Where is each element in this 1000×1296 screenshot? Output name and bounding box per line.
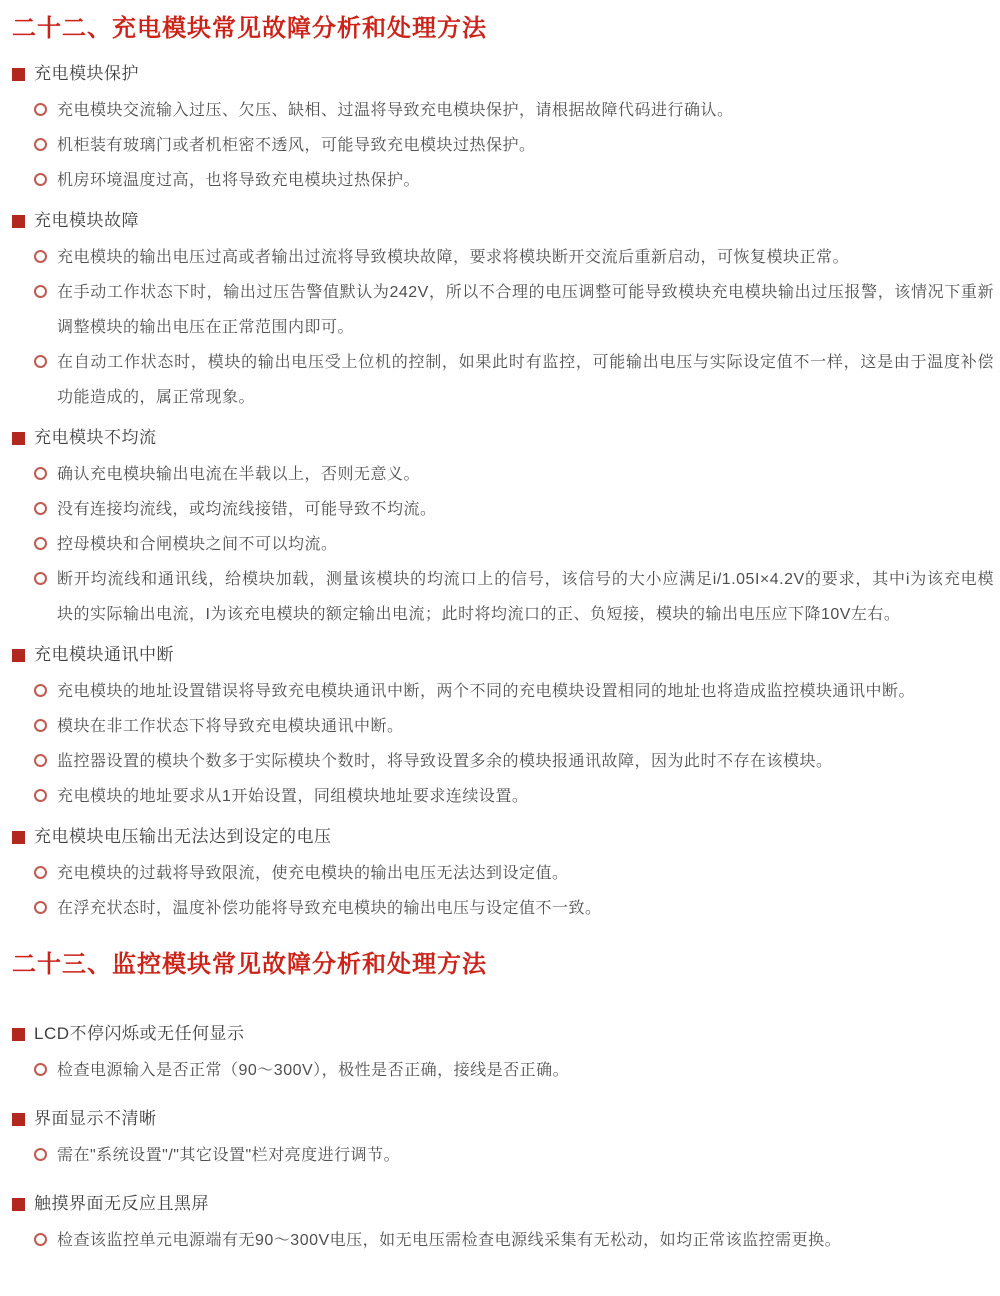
topic-block: 界面显示不清晰需在"系统设置"/"其它设置"栏对亮度进行调节。: [12, 1108, 994, 1173]
bullet-text: 模块在非工作状态下将导致充电模块通讯中断。: [57, 709, 994, 744]
circle-bullet-icon: [34, 502, 47, 515]
bullet-text: 在浮充状态时，温度补偿功能将导致充电模块的输出电压与设定值不一致。: [57, 891, 994, 926]
circle-bullet-icon: [34, 173, 47, 186]
bullet-text: 控母模块和合闸模块之间不可以均流。: [57, 527, 994, 562]
bullet-item: 充电模块交流输入过压、欠压、缺相、过温将导致充电模块保护，请根据故障代码进行确认…: [12, 93, 994, 128]
bullet-text: 确认充电模块输出电流在半载以上，否则无意义。: [57, 457, 994, 492]
bullet-text: 充电模块的过载将导致限流，使充电模块的输出电压无法达到设定值。: [57, 856, 994, 891]
bullet-list: 检查电源输入是否正常（90～300V），极性是否正确，接线是否正确。: [12, 1053, 994, 1088]
bullet-item: 模块在非工作状态下将导致充电模块通讯中断。: [12, 709, 994, 744]
bullet-item: 充电模块的地址要求从1开始设置，同组模块地址要求连续设置。: [12, 779, 994, 814]
bullet-item: 在手动工作状态下时，输出过压告警值默认为242V，所以不合理的电压调整可能导致模…: [12, 275, 994, 345]
square-bullet-icon: [12, 649, 25, 662]
circle-bullet-icon: [34, 719, 47, 732]
circle-bullet-icon: [34, 103, 47, 116]
bullet-text: 需在"系统设置"/"其它设置"栏对亮度进行调节。: [57, 1138, 994, 1173]
bullet-list: 充电模块的输出电压过高或者输出过流将导致模块故障，要求将模块断开交流后重新启动，…: [12, 240, 994, 415]
topic-header: 充电模块电压输出无法达到设定的电压: [12, 826, 994, 848]
circle-bullet-icon: [34, 355, 47, 368]
bullet-text: 充电模块的地址要求从1开始设置，同组模块地址要求连续设置。: [57, 779, 994, 814]
bullet-text: 充电模块的输出电压过高或者输出过流将导致模块故障，要求将模块断开交流后重新启动，…: [57, 240, 994, 275]
circle-bullet-icon: [34, 1233, 47, 1246]
document-page: 二十二、充电模块常见故障分析和处理方法充电模块保护充电模块交流输入过压、欠压、缺…: [0, 0, 1000, 1296]
topic-title: 界面显示不清晰: [34, 1108, 157, 1130]
bullet-item: 控母模块和合闸模块之间不可以均流。: [12, 527, 994, 562]
bullet-item: 机房环境温度过高，也将导致充电模块过热保护。: [12, 163, 994, 198]
bullet-item: 检查该监控单元电源端有无90～300V电压，如无电压需检查电源线采集有无松动，如…: [12, 1223, 994, 1258]
bullet-list: 充电模块交流输入过压、欠压、缺相、过温将导致充电模块保护，请根据故障代码进行确认…: [12, 93, 994, 198]
square-bullet-icon: [12, 432, 25, 445]
topic-block: 充电模块不均流确认充电模块输出电流在半载以上，否则无意义。没有连接均流线，或均流…: [12, 427, 994, 632]
topic-title: 充电模块通讯中断: [34, 644, 174, 666]
bullet-item: 检查电源输入是否正常（90～300V），极性是否正确，接线是否正确。: [12, 1053, 994, 1088]
square-bullet-icon: [12, 215, 25, 228]
bullet-text: 充电模块的地址设置错误将导致充电模块通讯中断，两个不同的充电模块设置相同的地址也…: [57, 674, 994, 709]
circle-bullet-icon: [34, 250, 47, 263]
bullet-text: 机柜装有玻璃门或者机柜密不透风，可能导致充电模块过热保护。: [57, 128, 994, 163]
bullet-item: 没有连接均流线，或均流线接错，可能导致不均流。: [12, 492, 994, 527]
topic-header: 充电模块保护: [12, 63, 994, 85]
bullet-item: 机柜装有玻璃门或者机柜密不透风，可能导致充电模块过热保护。: [12, 128, 994, 163]
topic-block: 触摸界面无反应且黑屏检查该监控单元电源端有无90～300V电压，如无电压需检查电…: [12, 1193, 994, 1258]
bullet-list: 需在"系统设置"/"其它设置"栏对亮度进行调节。: [12, 1138, 994, 1173]
bullet-list: 充电模块的地址设置错误将导致充电模块通讯中断，两个不同的充电模块设置相同的地址也…: [12, 674, 994, 814]
bullet-item: 充电模块的过载将导致限流，使充电模块的输出电压无法达到设定值。: [12, 856, 994, 891]
circle-bullet-icon: [34, 572, 47, 585]
circle-bullet-icon: [34, 866, 47, 879]
circle-bullet-icon: [34, 754, 47, 767]
circle-bullet-icon: [34, 901, 47, 914]
topic-header: 界面显示不清晰: [12, 1108, 994, 1130]
bullet-text: 没有连接均流线，或均流线接错，可能导致不均流。: [57, 492, 994, 527]
bullet-list: 确认充电模块输出电流在半载以上，否则无意义。没有连接均流线，或均流线接错，可能导…: [12, 457, 994, 632]
topic-header: 充电模块通讯中断: [12, 644, 994, 666]
bullet-text: 断开均流线和通讯线，给模块加载，测量该模块的均流口上的信号，该信号的大小应满足i…: [57, 562, 994, 632]
section-heading: 二十二、充电模块常见故障分析和处理方法: [12, 14, 994, 44]
bullet-item: 在自动工作状态时，模块的输出电压受上位机的控制，如果此时有监控，可能输出电压与实…: [12, 345, 994, 415]
circle-bullet-icon: [34, 684, 47, 697]
bullet-list: 充电模块的过载将导致限流，使充电模块的输出电压无法达到设定值。在浮充状态时，温度…: [12, 856, 994, 926]
topic-title: 触摸界面无反应且黑屏: [34, 1193, 209, 1215]
topic-header: 触摸界面无反应且黑屏: [12, 1193, 994, 1215]
bullet-text: 机房环境温度过高，也将导致充电模块过热保护。: [57, 163, 994, 198]
bullet-text: 在自动工作状态时，模块的输出电压受上位机的控制，如果此时有监控，可能输出电压与实…: [57, 345, 994, 415]
topic-block: 充电模块保护充电模块交流输入过压、欠压、缺相、过温将导致充电模块保护，请根据故障…: [12, 63, 994, 198]
topic-title: 充电模块保护: [34, 63, 139, 85]
circle-bullet-icon: [34, 789, 47, 802]
topic-header: 充电模块故障: [12, 210, 994, 232]
square-bullet-icon: [12, 831, 25, 844]
circle-bullet-icon: [34, 138, 47, 151]
topic-block: LCD不停闪烁或无任何显示检查电源输入是否正常（90～300V），极性是否正确，…: [12, 1023, 994, 1088]
circle-bullet-icon: [34, 1063, 47, 1076]
topic-block: 充电模块故障充电模块的输出电压过高或者输出过流将导致模块故障，要求将模块断开交流…: [12, 210, 994, 415]
bullet-text: 检查该监控单元电源端有无90～300V电压，如无电压需检查电源线采集有无松动，如…: [57, 1223, 994, 1258]
topic-block: 充电模块电压输出无法达到设定的电压充电模块的过载将导致限流，使充电模块的输出电压…: [12, 826, 994, 926]
circle-bullet-icon: [34, 285, 47, 298]
square-bullet-icon: [12, 1113, 25, 1126]
bullet-item: 需在"系统设置"/"其它设置"栏对亮度进行调节。: [12, 1138, 994, 1173]
bullet-text: 充电模块交流输入过压、欠压、缺相、过温将导致充电模块保护，请根据故障代码进行确认…: [57, 93, 994, 128]
bullet-list: 检查该监控单元电源端有无90～300V电压，如无电压需检查电源线采集有无松动，如…: [12, 1223, 994, 1258]
bullet-item: 充电模块的输出电压过高或者输出过流将导致模块故障，要求将模块断开交流后重新启动，…: [12, 240, 994, 275]
topic-title: 充电模块不均流: [34, 427, 157, 449]
bullet-item: 在浮充状态时，温度补偿功能将导致充电模块的输出电压与设定值不一致。: [12, 891, 994, 926]
topic-title: LCD不停闪烁或无任何显示: [34, 1023, 245, 1045]
topic-header: 充电模块不均流: [12, 427, 994, 449]
square-bullet-icon: [12, 1198, 25, 1211]
square-bullet-icon: [12, 68, 25, 81]
section-heading: 二十三、监控模块常见故障分析和处理方法: [12, 950, 994, 980]
bullet-item: 充电模块的地址设置错误将导致充电模块通讯中断，两个不同的充电模块设置相同的地址也…: [12, 674, 994, 709]
circle-bullet-icon: [34, 1148, 47, 1161]
bullet-item: 监控器设置的模块个数多于实际模块个数时，将导致设置多余的模块报通讯故障，因为此时…: [12, 744, 994, 779]
circle-bullet-icon: [34, 467, 47, 480]
topic-block: 充电模块通讯中断充电模块的地址设置错误将导致充电模块通讯中断，两个不同的充电模块…: [12, 644, 994, 814]
topic-title: 充电模块电压输出无法达到设定的电压: [34, 826, 332, 848]
topic-title: 充电模块故障: [34, 210, 139, 232]
square-bullet-icon: [12, 1028, 25, 1041]
bullet-text: 监控器设置的模块个数多于实际模块个数时，将导致设置多余的模块报通讯故障，因为此时…: [57, 744, 994, 779]
bullet-text: 检查电源输入是否正常（90～300V），极性是否正确，接线是否正确。: [57, 1053, 994, 1088]
topic-header: LCD不停闪烁或无任何显示: [12, 1023, 994, 1045]
circle-bullet-icon: [34, 537, 47, 550]
bullet-item: 确认充电模块输出电流在半载以上，否则无意义。: [12, 457, 994, 492]
bullet-item: 断开均流线和通讯线，给模块加载，测量该模块的均流口上的信号，该信号的大小应满足i…: [12, 562, 994, 632]
bullet-text: 在手动工作状态下时，输出过压告警值默认为242V，所以不合理的电压调整可能导致模…: [57, 275, 994, 345]
